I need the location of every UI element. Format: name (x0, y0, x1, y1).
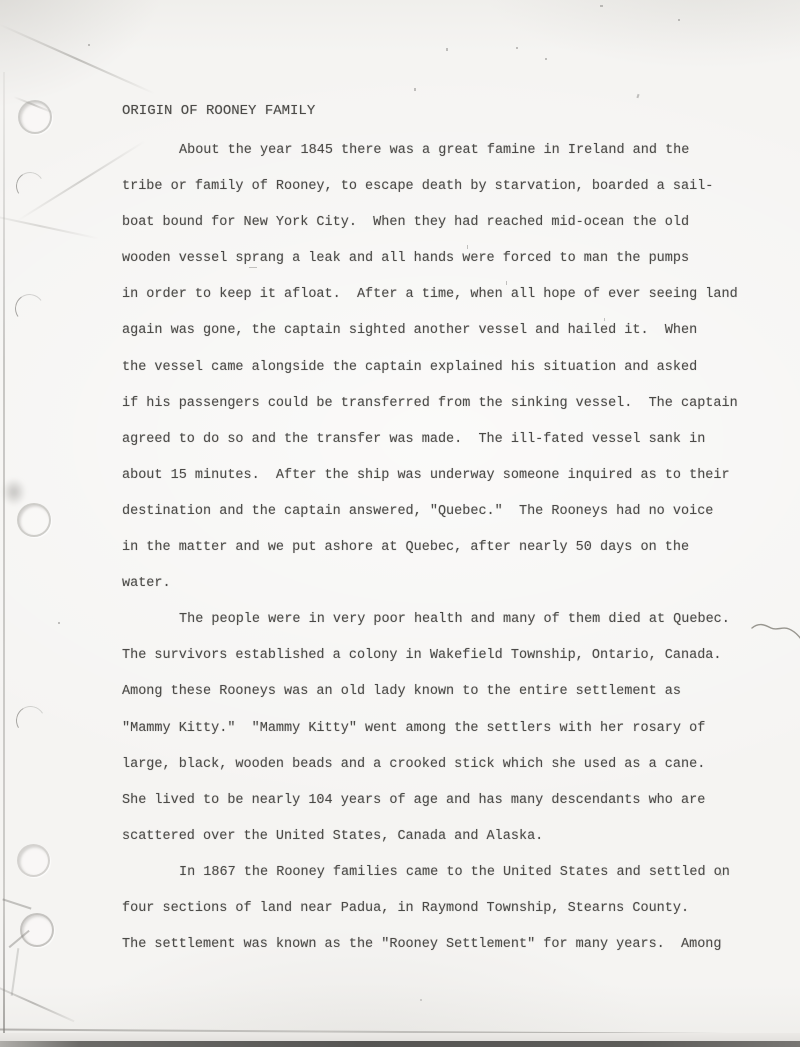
text-line: boat bound for New York City. When they … (122, 205, 782, 241)
text-line: "Mammy Kitty." "Mammy Kitty" went among … (122, 711, 782, 747)
text-line: About the year 1845 there was a great fa… (122, 133, 782, 169)
text-line: the vessel came alongside the captain ex… (122, 350, 782, 386)
dust-speck (446, 48, 448, 51)
paper-edge (3, 72, 5, 1034)
dust-speck (600, 5, 603, 7)
text-line: In 1867 the Rooney families came to the … (122, 855, 782, 891)
hole-punch (20, 913, 54, 947)
tear-mark (3, 898, 32, 909)
paper-crease (0, 213, 99, 240)
text-line: She lived to be nearly 104 years of age … (122, 783, 782, 819)
hole-punch (13, 169, 46, 202)
stray-underline-mark (249, 267, 257, 268)
text-line: in the matter and we put ashore at Quebe… (122, 530, 782, 566)
document-body: About the year 1845 there was a great fa… (122, 133, 782, 963)
pen-squiggle-icon (750, 614, 800, 644)
scanned-page: ORIGIN OF ROONEY FAMILY About the year 1… (0, 0, 800, 1047)
text-line: The settlement was known as the "Rooney … (122, 927, 782, 963)
text-line: scattered over the United States, Canada… (122, 819, 782, 855)
dust-speck (545, 58, 547, 60)
text-line: agreed to do so and the transfer was mad… (122, 422, 782, 458)
text-line: The survivors established a colony in Wa… (122, 638, 782, 674)
dust-speck (678, 19, 680, 21)
text-line: Among these Rooneys was an old lady know… (122, 674, 782, 710)
dust-speck (720, 873, 722, 876)
dust-speck (414, 88, 416, 91)
hole-punch (13, 703, 48, 738)
page-title: ORIGIN OF ROONEY FAMILY (122, 103, 315, 119)
dust-speck (516, 47, 518, 49)
dust-speck (58, 622, 60, 624)
dust-speck (636, 94, 639, 98)
text-line: wooden vessel sprang a leak and all hand… (122, 241, 782, 277)
text-line: destination and the captain answered, "Q… (122, 494, 782, 530)
stray-tick-mark (604, 318, 605, 321)
text-line: again was gone, the captain sighted anot… (122, 313, 782, 349)
hole-punch (17, 844, 50, 877)
dust-speck (88, 44, 90, 46)
tear-mark (11, 948, 19, 996)
smudge-mark (2, 478, 26, 506)
text-line: tribe or family of Rooney, to escape dea… (122, 169, 782, 205)
text-line: The people were in very poor health and … (122, 602, 782, 638)
text-line: four sections of land near Padua, in Ray… (122, 891, 782, 927)
hole-punch (17, 503, 51, 537)
hole-punch (13, 292, 47, 326)
dust-speck (420, 999, 422, 1001)
stray-tick-mark (506, 281, 507, 285)
stray-tick-mark (467, 245, 468, 249)
text-line: large, black, wooden beads and a crooked… (122, 747, 782, 783)
scanner-edge-strip (0, 1041, 800, 1047)
text-line: water. (122, 566, 782, 602)
paper-crease (0, 23, 155, 94)
text-line: about 15 minutes. After the ship was und… (122, 458, 782, 494)
text-line: in order to keep it afloat. After a time… (122, 277, 782, 313)
text-line: if his passengers could be transferred f… (122, 386, 782, 422)
